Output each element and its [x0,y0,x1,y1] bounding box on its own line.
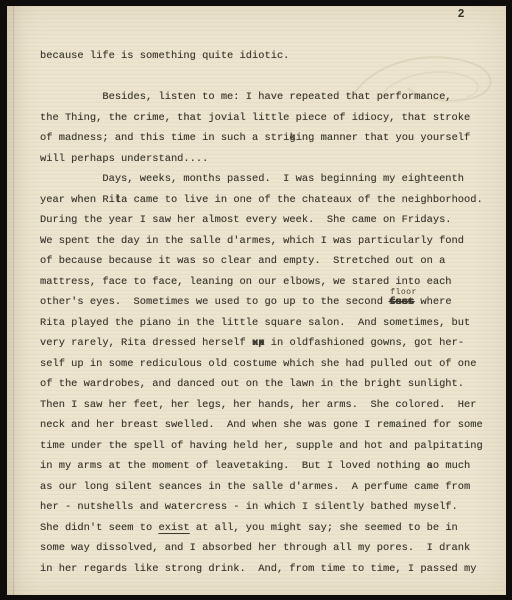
text-line: of the wardrobes, and danced out on the … [40,374,496,395]
text-line: She didn't seem to exist at all, you mig… [40,518,496,539]
text-line: mattress, face to face, leaning on our e… [40,272,496,293]
text-line: We spent the day in the salle d'armes, w… [40,231,496,252]
typed-segment: self up in some rediculous old costume w… [40,358,476,370]
typed-segment: o much [433,460,470,472]
typed-segment: Then I saw her feet, her legs, her hands… [40,399,476,411]
overstrike-text: exist [158,522,189,534]
text-line: very rarely, Rita dressed herself upxx i… [40,333,496,354]
text-line: neck and her breast swelled. And when sh… [40,415,496,436]
text-line: time under the spell of having held her,… [40,436,496,457]
text-line: as our long silent seances in the salle … [40,477,496,498]
text-line: will perhaps understand.... [40,149,496,170]
manuscript-page: 2 because life is something quite idioti… [7,6,506,595]
typed-segment: of because because it was so clear and e… [40,255,445,267]
typed-segment: ing manner that you yourself [296,132,471,144]
overstrike-text: xx [252,337,264,349]
typed-segment: Days, weeks, months passed. I was beginn… [40,173,464,185]
inserted-correction: floor [390,289,417,297]
scan-background: { "page": { "number": "2", "paper_color"… [0,0,512,600]
typed-segment: very rarely, Rita dressed herself [40,337,252,349]
text-line: Days, weeks, months passed. I was beginn… [40,169,496,190]
typed-segment: a came to live in one of the chateaux of… [121,194,483,206]
text-line: some way dissolved, and I absorbed her t… [40,538,496,559]
typed-segment: She didn't seem to [40,522,158,534]
text-line: of madness; and this time in such a stri… [40,128,496,149]
typed-segment: because life is something quite idiotic. [40,50,289,62]
text-line: in my arms at the moment of leavetaking.… [40,456,496,477]
typed-segment: in her regards like strong drink. And, f… [40,563,476,575]
typed-text: because life is something quite idiotic.… [40,46,496,579]
text-line: Then I saw her feet, her legs, her hands… [40,395,496,416]
text-line: year when Rilta came to live in one of t… [40,190,496,211]
typed-segment: During the year I saw her almost every w… [40,214,452,226]
struck-word: ssssfloor [389,292,414,313]
page-number: 2 [458,8,465,21]
typed-segment: where [414,296,451,308]
text-line: the Thing, the crime, that jovial little… [40,108,496,129]
typed-segment: Besides, listen to me: I have repeated t… [40,91,452,103]
typed-segment: We spent the day in the salle d'armes, w… [40,235,464,247]
typed-segment: at all, you might say; she seemed to be … [190,522,458,534]
typed-segment: time under the spell of having held her,… [40,440,483,452]
typed-segment: will perhaps understand.... [40,153,208,165]
text-line: in her regards like strong drink. And, f… [40,559,496,580]
typed-segment: some way dissolved, and I absorbed her t… [40,542,470,554]
typed-segment: the Thing, the crime, that jovial little… [40,112,470,124]
typed-segment: as our long silent seances in the salle … [40,481,470,493]
typed-segment: mattress, face to face, leaning on our e… [40,276,452,288]
text-line: because life is something quite idiotic. [40,46,496,67]
typed-segment: her - nutshells and watercress - in whic… [40,501,458,513]
typed-segment: of the wardrobes, and danced out on the … [40,378,464,390]
typed-segment: in oldfashioned gowns, got her- [265,337,465,349]
typed-segment: neck and her breast swelled. And when sh… [40,419,483,431]
text-line: other's eyes. Sometimes we used to go up… [40,292,496,313]
typed-segment: year when Ri [40,194,115,206]
text-line: During the year I saw her almost every w… [40,210,496,231]
blank-line [40,67,496,88]
typed-segment: in my arms at the moment of leavetaking.… [40,460,427,472]
typed-segment: of madness; and this time in such a stri [40,132,289,144]
typed-segment: Rita played the piano in the little squa… [40,317,470,329]
text-line: self up in some rediculous old costume w… [40,354,496,375]
typed-segment: other's eyes. Sometimes we used to go up… [40,296,389,308]
text-line: her - nutshells and watercress - in whic… [40,497,496,518]
text-line: Rita played the piano in the little squa… [40,313,496,334]
text-line: of because because it was so clear and e… [40,251,496,272]
text-line: Besides, listen to me: I have repeated t… [40,87,496,108]
